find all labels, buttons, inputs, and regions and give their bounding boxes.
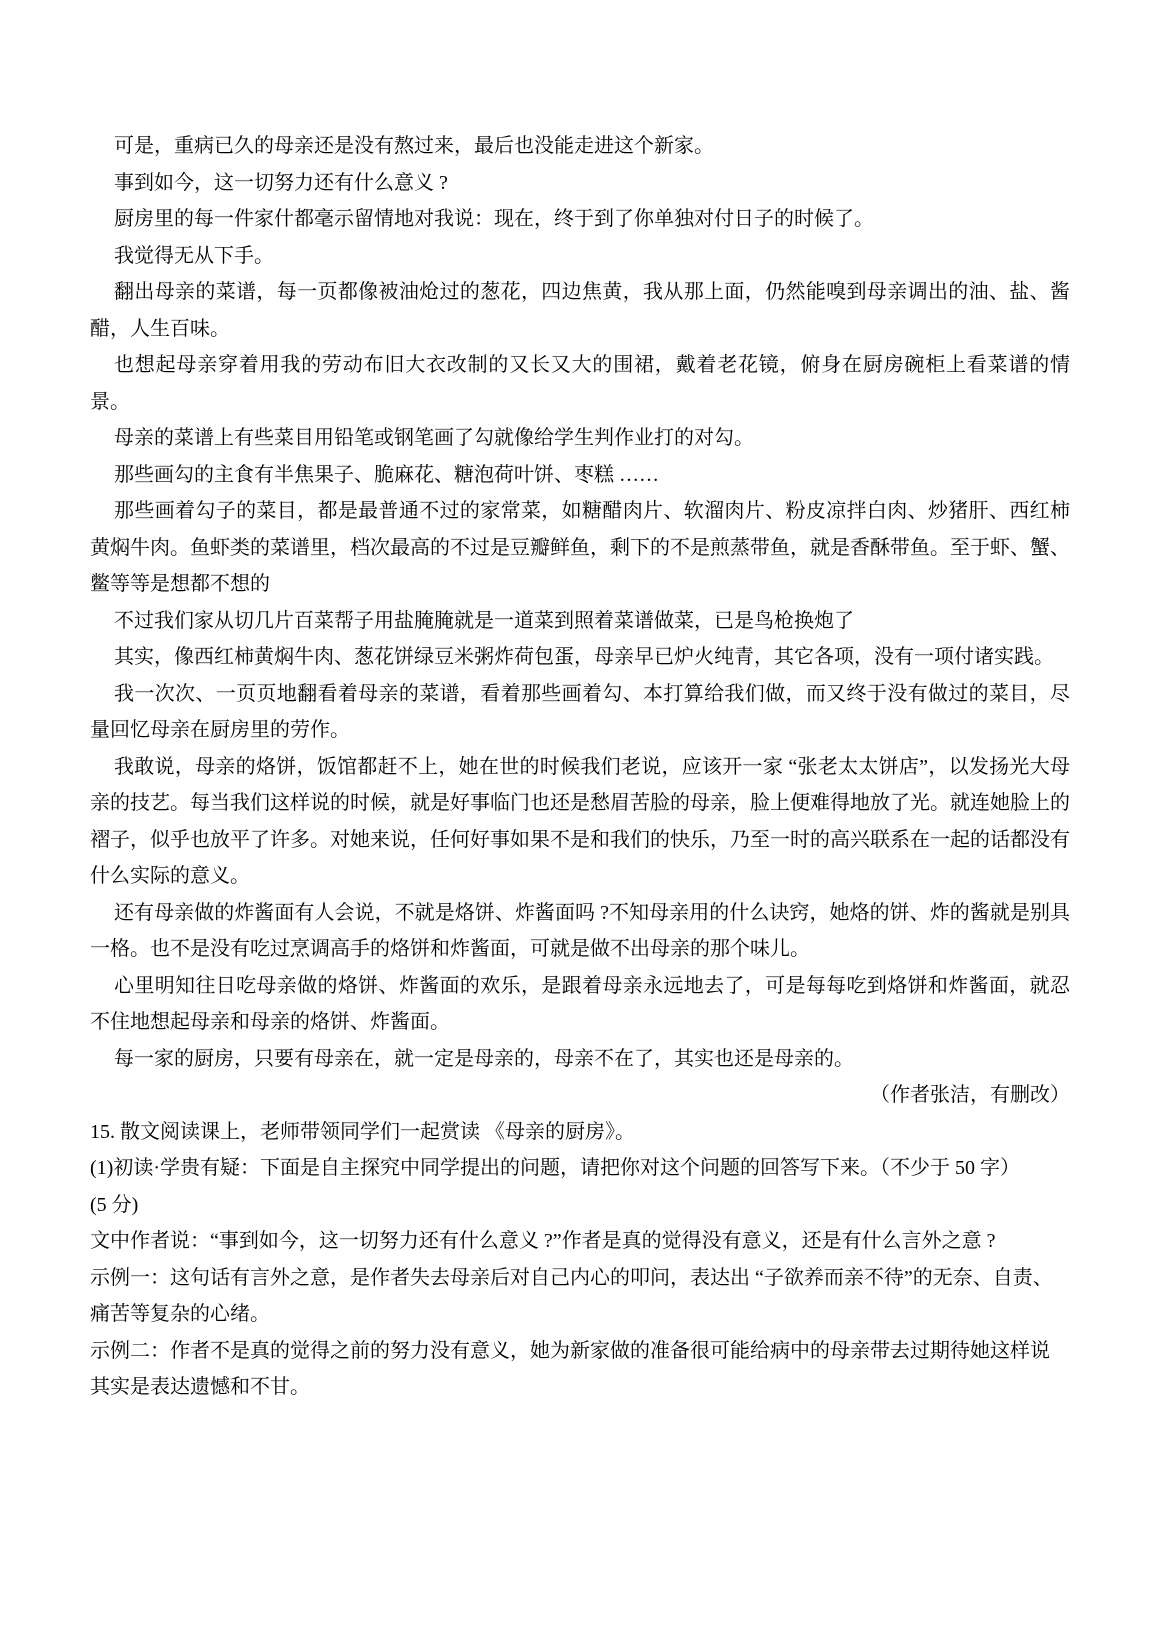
question-15-1-points: (5 分) [90, 1187, 1070, 1224]
sample-answer-2-continuation: 其实是表达遗憾和不甘。 [90, 1369, 1070, 1406]
essay-paragraph-2: 事到如今，这一切努力还有什么意义 ? [90, 165, 1070, 202]
essay-paragraph-3: 厨房里的每一件家什都毫示留情地对我说：现在，终于到了你单独对付日子的时候了。 [90, 201, 1070, 238]
essay-paragraph-7: 母亲的菜谱上有些菜目用铅笔或钢笔画了勾就像给学生判作业打的对勾。 [90, 420, 1070, 457]
essay-paragraph-15: 心里明知往日吃母亲做的烙饼、炸酱面的欢乐，是跟着母亲永远地去了，可是每每吃到烙饼… [90, 968, 1070, 1041]
sample-answer-1-continuation: 痛苦等复杂的心绪。 [90, 1296, 1070, 1333]
essay-paragraph-4: 我觉得无从下手。 [90, 238, 1070, 275]
essay-paragraph-8: 那些画勾的主食有半焦果子、脆麻花、糖泡荷叶饼、枣糕 …… [90, 457, 1070, 494]
essay-paragraph-16: 每一家的厨房，只要有母亲在，就一定是母亲的，母亲不在了，其实也还是母亲的。 [90, 1041, 1070, 1078]
essay-paragraph-14: 还有母亲做的炸酱面有人会说，不就是烙饼、炸酱面吗 ?不知母亲用的什么诀窍，她烙的… [90, 895, 1070, 968]
essay-paragraph-9: 那些画着勾子的菜目，都是最普通不过的家常菜，如糖醋肉片、软溜肉片、粉皮凉拌白肉、… [90, 493, 1070, 603]
sample-answer-2: 示例二：作者不是真的觉得之前的努力没有意义，她为新家做的准备很可能给病中的母亲带… [90, 1333, 1070, 1370]
question-15-1-prompt: (1)初读·学贵有疑：下面是自主探究中同学提出的问题，请把你对这个问题的回答写下… [90, 1150, 1070, 1187]
essay-paragraph-12: 我一次次、一页页地翻看着母亲的菜谱，看着那些画着勾、本打算给我们做，而又终于没有… [90, 676, 1070, 749]
sample-answer-1: 示例一：这句话有言外之意，是作者失去母亲后对自己内心的叩问，表达出 “子欲养而亲… [90, 1260, 1070, 1297]
document-page: 可是，重病已久的母亲还是没有熬过来，最后也没能走进这个新家。 事到如今，这一切努… [90, 128, 1070, 1406]
essay-paragraph-5: 翻出母亲的菜谱，每一页都像被油炝过的葱花，四边焦黄，我从那上面，仍然能嗅到母亲调… [90, 274, 1070, 347]
essay-paragraph-10: 不过我们家从切几片百菜帮子用盐腌腌就是一道菜到照着菜谱做菜，已是鸟枪换炮了 [90, 603, 1070, 640]
author-attribution: （作者张洁，有删改） [90, 1077, 1070, 1114]
student-question: 文中作者说：“事到如今，这一切努力还有什么意义 ?”作者是真的觉得没有意义，还是… [90, 1223, 1070, 1260]
essay-paragraph-11: 其实，像西红柿黄焖牛肉、葱花饼绿豆米粥炸荷包蛋，母亲早已炉火纯青，其它各项，没有… [90, 639, 1070, 676]
essay-paragraph-1: 可是，重病已久的母亲还是没有熬过来，最后也没能走进这个新家。 [90, 128, 1070, 165]
essay-paragraph-13: 我敢说，母亲的烙饼，饭馆都赶不上，她在世的时候我们老说，应该开一家 “张老太太饼… [90, 749, 1070, 895]
essay-paragraph-6: 也想起母亲穿着用我的劳动布旧大衣改制的又长又大的围裙，戴着老花镜，俯身在厨房碗柜… [90, 347, 1070, 420]
question-15-stem: 15. 散文阅读课上，老师带领同学们一起赏读 《母亲的厨房》。 [90, 1114, 1070, 1151]
